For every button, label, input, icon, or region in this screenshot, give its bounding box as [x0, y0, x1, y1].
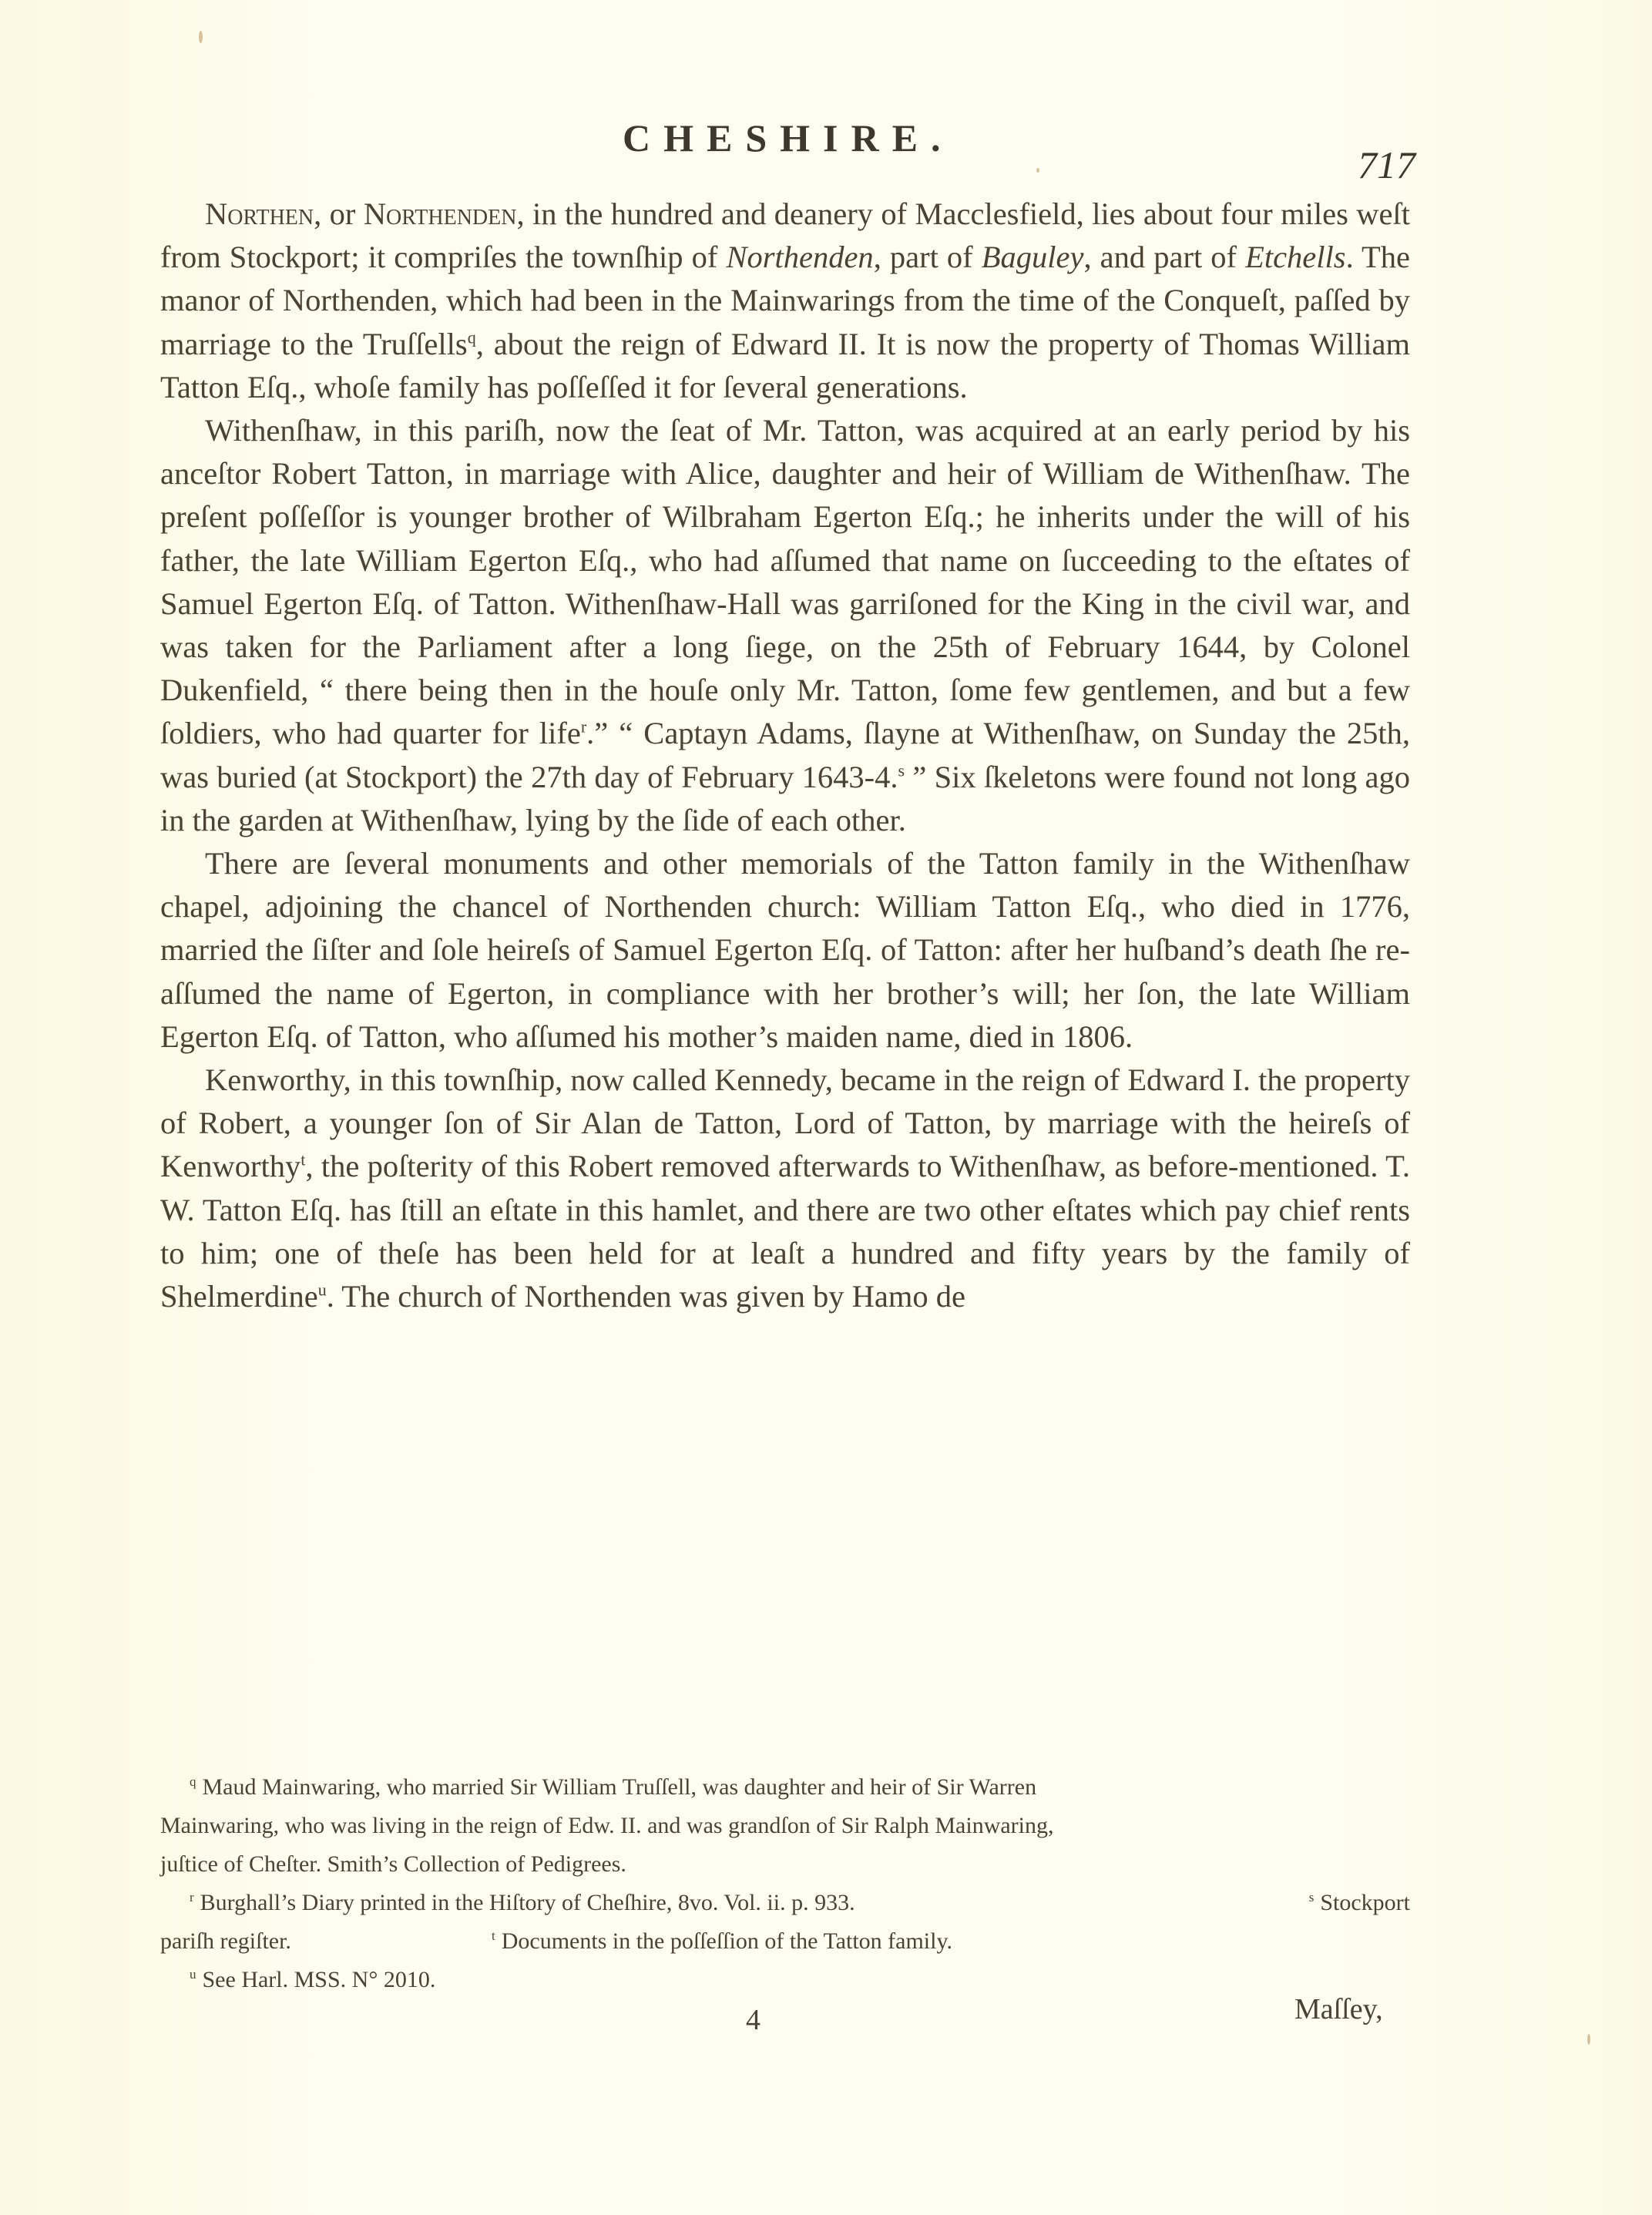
running-title: CHESHIRE.	[623, 116, 953, 160]
text-run: Withenſhaw, in this pariſh, now the ſeat…	[160, 413, 1410, 750]
text-run: , and part of	[1083, 240, 1245, 274]
paragraph-kenworthy: Kenworthy, in this townſhip, now called …	[160, 1059, 1410, 1318]
footnote-text: uSee Harl. MSS. N° 2010.	[160, 1967, 435, 1992]
main-text: Northen, or Northenden, in the hundred a…	[160, 193, 1410, 1318]
footnote-mark: s	[1309, 1890, 1315, 1905]
footnote-text: Mainwaring, who was living in the reign …	[160, 1813, 1054, 1838]
footnotes: qMaud Mainwaring, who married Sir Willia…	[160, 1768, 1410, 1999]
italic-text: Northenden	[726, 240, 873, 274]
text-run: There are ſeveral monuments and other me…	[160, 846, 1410, 1054]
paper-speck	[1036, 168, 1039, 173]
signature-mark: 4	[746, 2003, 761, 2037]
paragraph-monuments: There are ſeveral monuments and other me…	[160, 842, 1410, 1059]
italic-text: Baguley	[982, 240, 1084, 274]
footnote-line: qMaud Mainwaring, who married Sir Willia…	[160, 1768, 1410, 1807]
footnote-text: qMaud Mainwaring, who married Sir Willia…	[160, 1774, 1036, 1800]
footnote-mark: q	[190, 1774, 196, 1789]
footnote-reference: q	[468, 327, 476, 347]
footnote-text: juſtice of Cheſter. Smith’s Collection o…	[160, 1851, 626, 1877]
footnote-mark: u	[190, 1967, 196, 1982]
text-run: , or	[314, 196, 364, 231]
italic-text: Etchells	[1245, 240, 1345, 274]
footnote-text-right: tDocuments in the poſſeſſion of the Tatt…	[492, 1922, 952, 1961]
footnote-text: pariſh regiſter.	[160, 1928, 291, 1954]
page-number: 717	[1358, 143, 1415, 187]
small-caps-text: Northenden	[364, 196, 517, 231]
paragraph-withenshaw: Withenſhaw, in this pariſh, now the ſeat…	[160, 409, 1410, 842]
footnote-line: juſtice of Cheſter. Smith’s Collection o…	[160, 1845, 1410, 1884]
text-run: , part of	[874, 240, 982, 274]
footnote-mark: t	[492, 1928, 495, 1943]
footnote-text: rBurghall’s Diary printed in the Hiſtory…	[160, 1890, 855, 1915]
paper-speck	[199, 31, 203, 43]
footnote-reference: s	[898, 760, 905, 780]
catchword: Maſſey,	[1294, 1992, 1383, 2026]
footnote-mark: r	[190, 1890, 194, 1905]
text-run: . The church of Northenden was given by …	[327, 1279, 965, 1314]
footnote-line: Mainwaring, who was living in the reign …	[160, 1807, 1410, 1845]
footnote-reference: u	[318, 1280, 327, 1300]
footnote-line: uSee Harl. MSS. N° 2010.	[160, 1961, 1410, 1999]
paragraph-northenden: Northen, or Northenden, in the hundred a…	[160, 193, 1410, 409]
footnote-line: pariſh regiſter.tDocuments in the poſſeſ…	[160, 1922, 1410, 1961]
paper-speck	[1587, 2034, 1590, 2045]
footnote-line: rBurghall’s Diary printed in the Hiſtory…	[160, 1884, 1410, 1922]
small-caps-text: Northen	[205, 196, 314, 231]
book-page: CHESHIRE. 717 Northen, or Northenden, in…	[0, 0, 1652, 2215]
footnote-text-right: sStockport	[1309, 1884, 1410, 1922]
